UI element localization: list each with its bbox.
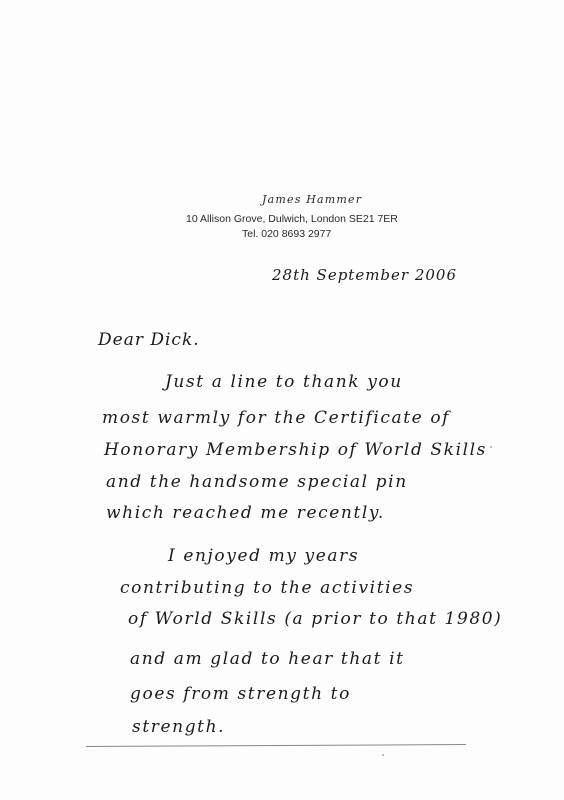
body-line: Just a line to thank you (165, 372, 403, 392)
letterhead-address: 10 Allison Grove, Dulwich, London SE21 7… (186, 213, 398, 225)
scan-speck (382, 754, 384, 756)
scan-speck (490, 446, 492, 448)
body-line: Honorary Membership of World Skills (104, 440, 487, 460)
letterhead-telephone: Tel. 020 8693 2977 (242, 228, 331, 240)
body-line: and am glad to hear that it (130, 649, 405, 669)
letter-page: James Hammer 10 Allison Grove, Dulwich, … (0, 0, 564, 800)
letterhead-name: James Hammer (262, 193, 362, 206)
letter-date: 28th September 2006 (272, 266, 457, 284)
body-line: and the handsome special pin (106, 472, 408, 492)
body-line: contributing to the activities (120, 578, 414, 598)
bottom-rule (86, 744, 466, 747)
letter-salutation: Dear Dick. (98, 330, 200, 350)
body-line: strength. (132, 717, 225, 737)
body-line: most warmly for the Certificate of (102, 408, 450, 428)
body-line: goes from strength to (130, 684, 351, 704)
body-line: I enjoyed my years (168, 546, 359, 566)
body-line: which reached me recently. (106, 503, 385, 523)
body-line: of World Skills (a prior to that 1980) (128, 609, 502, 629)
